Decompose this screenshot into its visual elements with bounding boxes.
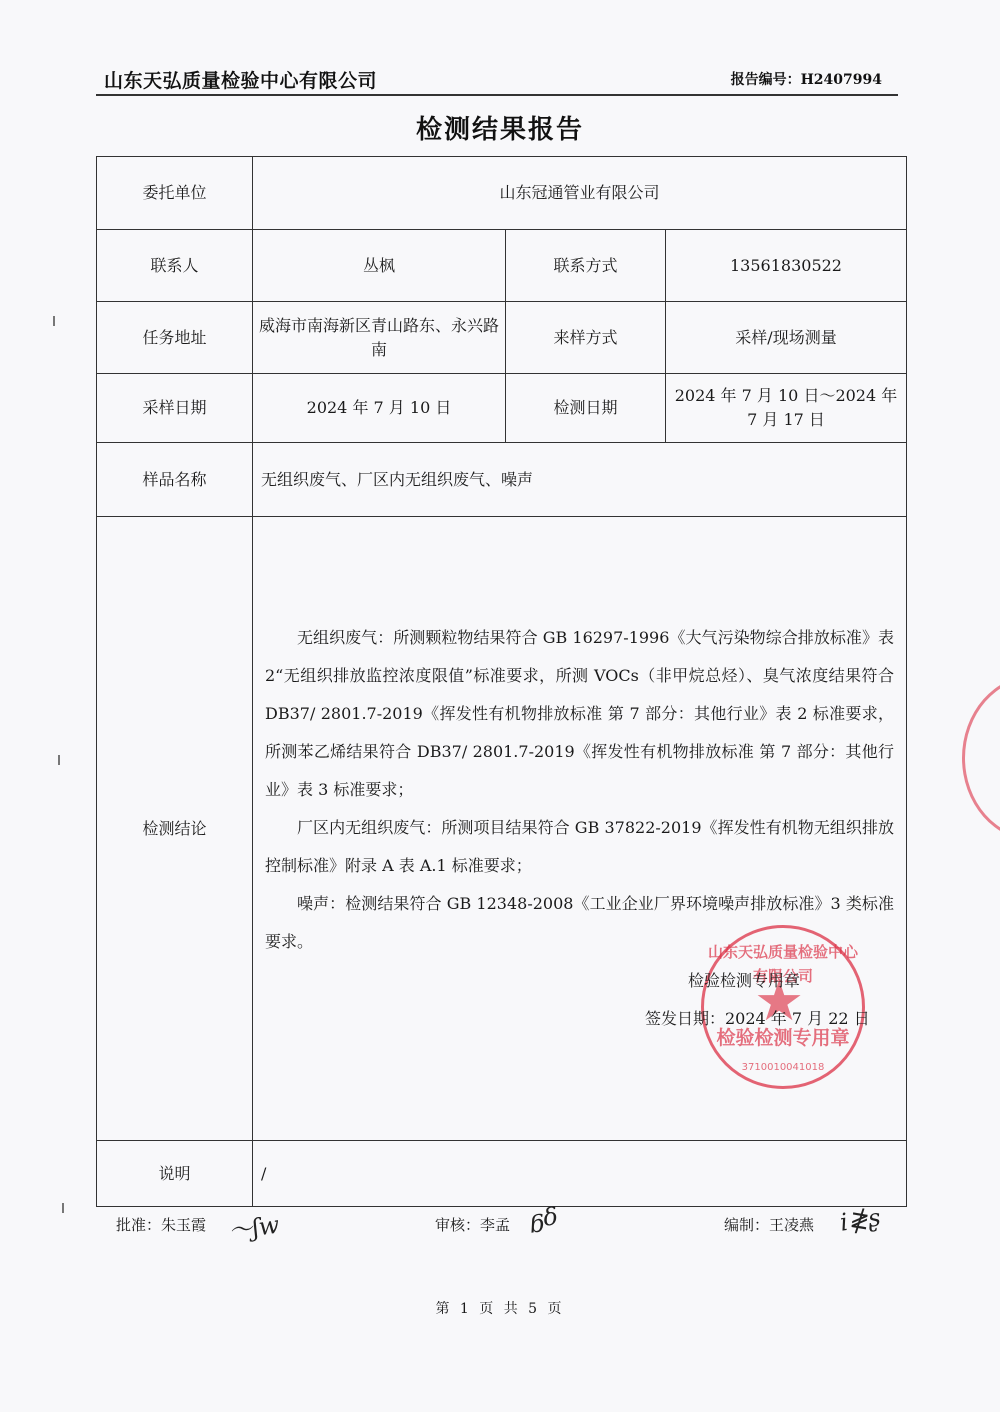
conclusion-paragraph-unorganized-gas: 无组织废气：所测颗粒物结果符合 GB 16297-1996《大气污染物综合排放标… (265, 619, 894, 809)
reviewer-signature: 审核：李孟 (435, 1214, 510, 1235)
sampling-method-label: 来样方式 (506, 302, 666, 374)
approver-label: 批准： (116, 1216, 161, 1234)
table-row-dates: 采样日期 2024 年 7 月 10 日 检测日期 2024 年 7 月 10 … (97, 374, 907, 443)
sampling-method-value: 采样/现场测量 (666, 302, 907, 374)
approver-handwritten-signature: 〜ʃw (226, 1205, 281, 1247)
page-title: 检测结果报告 (0, 109, 1000, 146)
report-number-label: 报告编号： (731, 72, 801, 88)
sample-name-value: 无组织废气、厂区内无组织废气、噪声 (253, 443, 907, 517)
compiler-name: 王凌燕 (769, 1216, 814, 1234)
client-label: 委托单位 (97, 157, 253, 230)
client-value: 山东冠通管业有限公司 (253, 157, 907, 230)
remarks-label: 说明 (97, 1141, 253, 1207)
header-divider (96, 94, 898, 96)
report-number-value: H2407994 (801, 72, 882, 88)
compiler-label: 编制： (724, 1216, 769, 1234)
conclusion-label: 检测结论 (97, 517, 253, 1141)
testing-date-value: 2024 年 7 月 10 日～2024 年 7 月 17 日 (666, 374, 907, 443)
report-table: 委托单位 山东冠通管业有限公司 联系人 丛枫 联系方式 13561830522 … (96, 156, 907, 1207)
compiler-handwritten-signature: ⅰ≹ʂ (838, 1203, 882, 1236)
table-row-contact: 联系人 丛枫 联系方式 13561830522 (97, 230, 907, 302)
scan-artifact (58, 755, 60, 765)
contact-person-label: 联系人 (97, 230, 253, 302)
side-seal-partial (962, 675, 1000, 841)
table-row-sample-name: 样品名称 无组织废气、厂区内无组织废气、噪声 (97, 443, 907, 517)
table-row-remarks: 说明 / (97, 1141, 907, 1207)
page-number: 第 1 页 共 5 页 (0, 1298, 1000, 1318)
organization-name: 山东天弘质量检验中心有限公司 (104, 66, 377, 93)
conclusion-content: 无组织废气：所测颗粒物结果符合 GB 16297-1996《大气污染物综合排放标… (253, 517, 907, 1141)
contact-person-value: 丛枫 (253, 230, 506, 302)
sample-name-label: 样品名称 (97, 443, 253, 517)
contact-info-label: 联系方式 (506, 230, 666, 302)
table-row-address: 任务地址 威海市南海新区青山路东、永兴路南 来样方式 采样/现场测量 (97, 302, 907, 374)
approver-signature: 批准：朱玉霞 (116, 1214, 206, 1235)
conclusion-paragraph-noise: 噪声：检测结果符合 GB 12348-2008《工业企业厂界环境噪声排放标准》3… (265, 885, 894, 961)
compiler-signature: 编制：王凌燕 (724, 1214, 814, 1235)
testing-date-label: 检测日期 (506, 374, 666, 443)
task-address-value: 威海市南海新区青山路东、永兴路南 (253, 302, 506, 374)
sampling-date-label: 采样日期 (97, 374, 253, 443)
report-number: 报告编号：H2407994 (731, 69, 882, 89)
reviewer-label: 审核： (435, 1216, 480, 1234)
chop-label: 检验检测专用章 (688, 969, 800, 993)
remarks-value: / (253, 1141, 907, 1207)
table-row-conclusion: 检测结论 无组织废气：所测颗粒物结果符合 GB 16297-1996《大气污染物… (97, 517, 907, 1141)
sampling-date-value: 2024 年 7 月 10 日 (253, 374, 506, 443)
reviewer-handwritten-signature: ᵷδ (526, 1202, 559, 1234)
conclusion-paragraph-plant-gas: 厂区内无组织废气：所测项目结果符合 GB 37822-2019《挥发性有机物无组… (265, 809, 894, 885)
scan-artifact (53, 316, 55, 326)
scan-artifact (62, 1203, 64, 1213)
issue-date: 签发日期：2024 年 7 月 22 日 (645, 1007, 870, 1031)
task-address-label: 任务地址 (97, 302, 253, 374)
contact-info-value: 13561830522 (666, 230, 907, 302)
reviewer-name: 李孟 (480, 1216, 510, 1234)
approver-name: 朱玉霞 (161, 1216, 206, 1234)
table-row-client: 委托单位 山东冠通管业有限公司 (97, 157, 907, 230)
seal-code: 3710010041018 (704, 1056, 862, 1080)
